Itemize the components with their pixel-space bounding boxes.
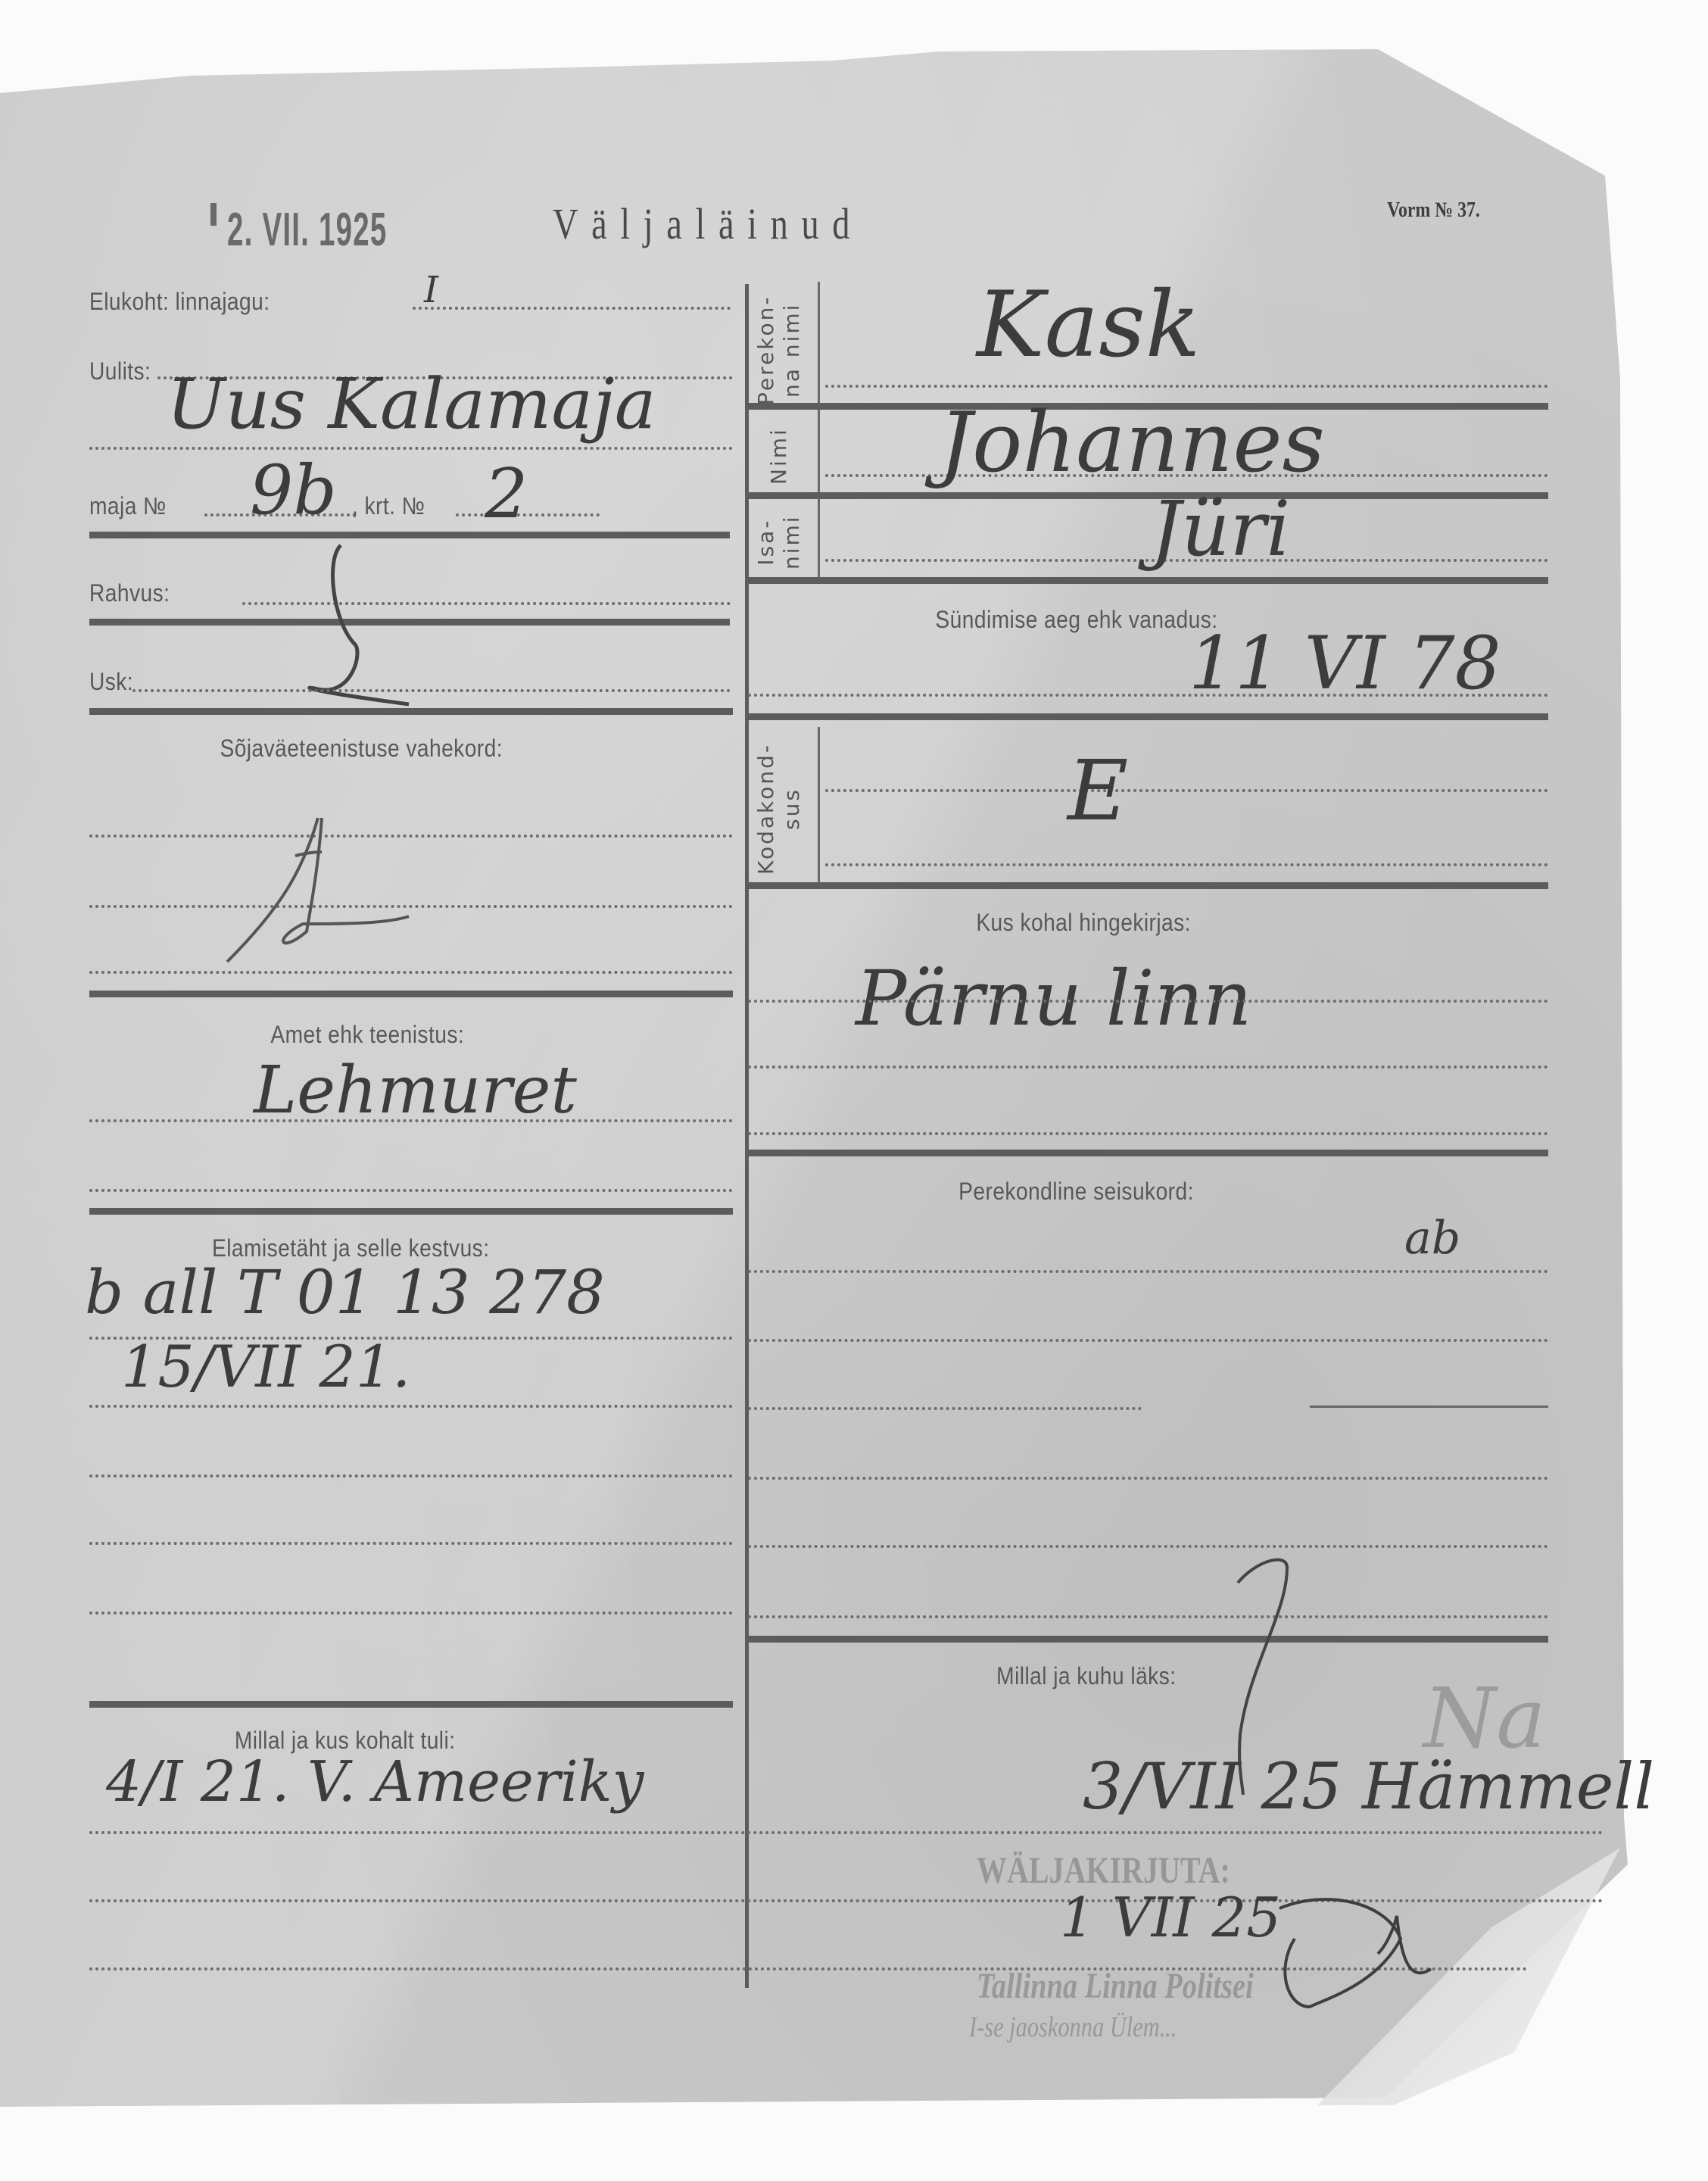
district-value: I [424,269,438,311]
house-number-value: 9b [250,451,337,530]
citizenship-value: E [1067,742,1128,839]
parish-line-2 [748,1066,1548,1069]
arrival-value: 4/I 21. V. Ameeriky [106,1749,644,1814]
residence-duration-value: 15/VII 21. [121,1333,410,1400]
center-divider [745,284,749,1988]
residence-permit-value: b all T 01 13 278 [85,1257,605,1328]
citizenship-line-1 [825,789,1548,792]
apartment-label: , krt. № [352,492,425,520]
handwritten-scribble [257,530,485,712]
divider [748,577,1548,584]
date-stamp: 2. VII. 1925 [227,203,387,257]
office-stamp-line2: Tallinna Linna Politsei [977,1965,1254,2007]
residence-line-3 [89,1474,733,1477]
divider [89,708,733,715]
divider [748,1150,1548,1156]
parish-line-3 [748,1132,1548,1135]
marital-line-3-solid [1310,1406,1548,1408]
stamp-mark [210,203,217,226]
street-label: Uulits: [89,357,151,385]
side-label-separator [818,282,820,581]
father-name-value: Jüri [1151,485,1290,573]
signature-date: 1 VII 25 [1060,1886,1281,1949]
parish-line-1 [748,1000,1548,1003]
divider [748,492,1548,499]
parish-register-value: Pärnu linn [856,954,1252,1043]
marital-line-6 [748,1615,1548,1618]
official-signature [1264,1893,1461,2014]
surname-line [825,385,1548,388]
first-name-value: Johannes [939,394,1325,491]
divider [748,1636,1548,1643]
marital-line-1 [748,1270,1548,1273]
religion-line [132,689,731,692]
departure-label: Millal ja kuhu läks: [996,1662,1176,1690]
residence-line-2 [89,1405,733,1408]
street-value: Uus Kalamaja [167,363,656,445]
form-number: Vorm № 37. [1387,198,1480,223]
arrival-line-1 [89,1831,1604,1834]
occupation-value: Lehmuret [254,1053,577,1128]
military-label: Sõjaväeteenistuse vahekord: [220,735,503,763]
religion-label: Usk: [89,668,133,696]
citizenship-label: Kodakond- sus [753,743,805,875]
divider [89,1208,733,1215]
citizenship-line-2 [825,863,1548,866]
birth-label: Sündimise aeg ehk vanadus: [935,606,1217,634]
side-label-separator [818,727,820,882]
residence-line-4 [89,1542,733,1545]
divider [89,991,733,997]
marital-line-3 [748,1407,1142,1410]
marital-line-5 [748,1545,1548,1548]
divider [748,713,1548,720]
birth-line [748,694,1548,697]
house-number-label: maja № [89,492,167,520]
occupation-label: Amet ehk teenistus: [270,1021,464,1049]
marital-status-label: Perekondline seisukord: [958,1178,1194,1206]
military-handwriting [189,810,462,977]
marital-status-value: ab [1404,1212,1460,1265]
marital-line-4 [748,1477,1548,1480]
nationality-label: Rahvus: [89,579,170,607]
office-stamp-line3: I-se jaoskonna Ülem... [969,2011,1177,2044]
apartment-value: 2 [485,454,528,534]
district-line [413,307,731,310]
parish-register-label: Kus kohal hingekirjas: [976,909,1191,937]
occupation-line-1 [89,1119,733,1122]
first-name-label: Nimi [766,427,792,485]
marital-line-2 [748,1339,1548,1342]
residence-line-5 [89,1612,733,1615]
surname-value: Kask [977,273,1201,378]
divider [748,882,1548,889]
divider [89,1701,733,1708]
surname-label: Perekon- na nimi [753,295,805,405]
document-title: Väljaläinud [553,198,863,249]
street-line-2 [89,447,733,450]
occupation-line-2 [89,1189,733,1192]
district-label: Elukoht: linnajagu: [89,288,270,316]
departure-value: 3/VII 25 Hämmell [1083,1749,1654,1824]
father-name-label: Isa- nimi [753,514,805,569]
